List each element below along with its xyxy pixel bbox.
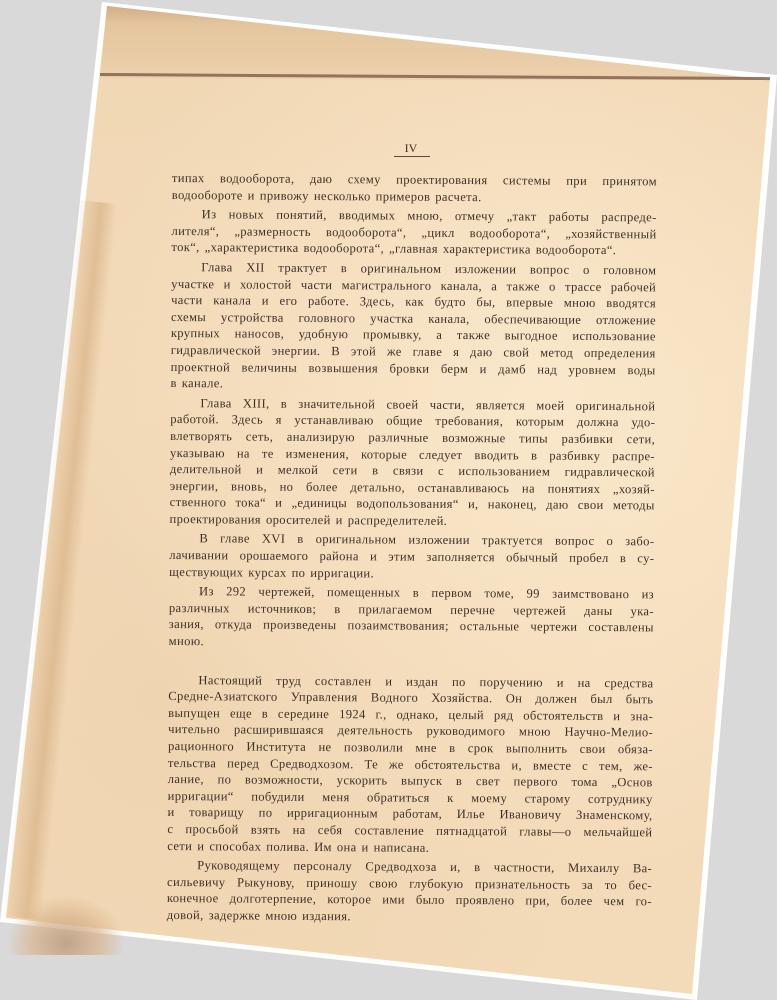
paragraph: Из новых понятий, вводимых мною, отмечу … (171, 206, 656, 259)
page-number: IV (395, 141, 427, 156)
text-line: довой, задержке мною издания. (167, 907, 652, 927)
scanned-page: IV типах водооборота, даю схему проектир… (0, 0, 777, 1000)
paragraph: Глава XII трактует в оригинальном изложе… (170, 259, 656, 395)
text-line: мною. (169, 633, 654, 653)
paragraph: Глава XIII, в значительной своей части, … (170, 395, 656, 531)
text-line: сети и способах полива. Им она и написан… (167, 838, 652, 858)
body-text: типах водооборота, даю схему проектирова… (167, 170, 657, 927)
text-line: проектирования оросителей и распределите… (170, 511, 655, 531)
text-line: проектной величины возвышения бровки бер… (171, 359, 656, 379)
paragraph: типах водооборота, даю схему проектирова… (172, 170, 657, 207)
paragraph: В главе XVI в оригинальном изложении тра… (169, 530, 654, 583)
paragraph: Руководящему персоналу Средводхоза и, в … (167, 857, 652, 927)
page-number-rule (394, 156, 430, 157)
text-line: зания, откуда произведены позаимствовани… (169, 616, 654, 636)
folded-top-band (0, 0, 777, 80)
bottom-left-curl (6, 895, 126, 955)
text-line: ществующих курсах по ирригации. (169, 564, 654, 584)
paragraph: Настоящий труд составлен и издан по пору… (167, 672, 653, 858)
paragraph: Из 292 чертежей, помещенных в первом том… (169, 583, 654, 653)
text-line: в канале. (170, 375, 655, 395)
text-line: водообороте и привожу несколько примеров… (172, 187, 657, 207)
text-line: ток“, „характеристика водооборота“, „гла… (171, 239, 656, 259)
